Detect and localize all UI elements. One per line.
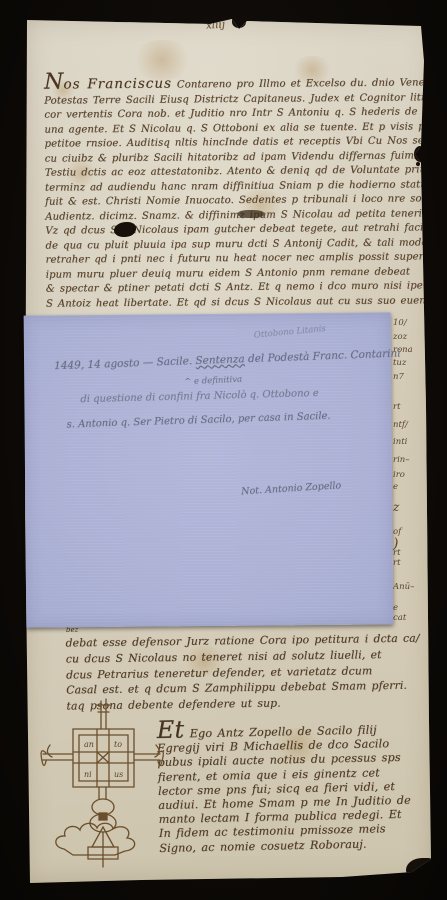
slip-line3: s. Antonio q. Ser Pietro di Sacilo, per … <box>66 411 330 431</box>
text-fragment: e <box>393 482 398 492</box>
text-fragment: n7 <box>393 372 404 382</box>
text-fragment: e <box>393 603 398 613</box>
slip-date-line: 1449, 14 agosto — Sacile. Sentenza del P… <box>54 347 401 372</box>
text-line-caps: os Franciscus <box>63 76 172 93</box>
edge-hole <box>232 16 246 28</box>
folio-number: xliij <box>206 19 226 31</box>
text-fragment: rt <box>393 402 400 412</box>
slip-signature: Not. Antonio Zopello <box>241 480 342 497</box>
pencil-insertion: ^ e definitiva <box>184 375 242 388</box>
slip-date: 1449, 14 agosto — Sacile. <box>54 355 192 372</box>
text-fragment: iro <box>393 470 405 480</box>
insertion-text: e definitiva <box>194 375 242 387</box>
sign-quadrant-label: ni <box>84 770 92 779</box>
screenshot-root: xliij Nos Franciscus Contareno pro Illmo… <box>0 0 447 900</box>
illuminated-initial: N <box>44 70 64 95</box>
notarial-sign-drawing: an to ni us <box>40 695 180 875</box>
text-fragment: cat <box>393 613 406 623</box>
archivist-slip: Ottobono Litanis 1449, 14 agosto — Sacil… <box>24 312 394 627</box>
paper-speck <box>416 162 420 166</box>
sign-quadrant-label: an <box>84 740 94 749</box>
text-line: Contareno pro Illmo et Excelso du. dnio … <box>177 77 447 90</box>
faint-pencil-note: Ottobono Litanis <box>253 324 326 341</box>
text-fragment: rin– <box>393 455 410 465</box>
text-fragment: ntf/ <box>393 420 408 430</box>
text-fragment: Anū– <box>393 582 414 592</box>
text-fragment: z <box>393 500 399 514</box>
corner-tear <box>406 858 436 880</box>
notary-subscription-block: Et Ego Antz Zopello de Sacilo filij Egre… <box>157 719 445 856</box>
text-fragment: zoz <box>393 332 407 342</box>
sign-quadrant-label: to <box>114 740 122 749</box>
struck-word: Sentenza <box>195 353 245 367</box>
text-fragment: inti <box>393 437 407 447</box>
sign-quadrant-label: us <box>114 770 123 779</box>
ink-smudge <box>238 210 264 218</box>
text-fragment: rt <box>393 558 400 568</box>
slip-line2: di questione di confini fra Nicolò q. Ot… <box>80 388 319 405</box>
text-line: S Antoiz heat libertate. Et qd si dcus S… <box>46 294 428 312</box>
slip-line1-rest: del Podestà Franc. Contarini <box>248 347 401 365</box>
caret-mark: ^ <box>184 377 192 387</box>
edge-hole <box>414 146 426 162</box>
text-fragment: 10/ <box>393 318 407 328</box>
stain <box>130 40 194 80</box>
judgement-text-block: Nos Franciscus Contareno pro Illmo et Ex… <box>44 74 428 311</box>
text-fragment: rt <box>393 548 400 558</box>
